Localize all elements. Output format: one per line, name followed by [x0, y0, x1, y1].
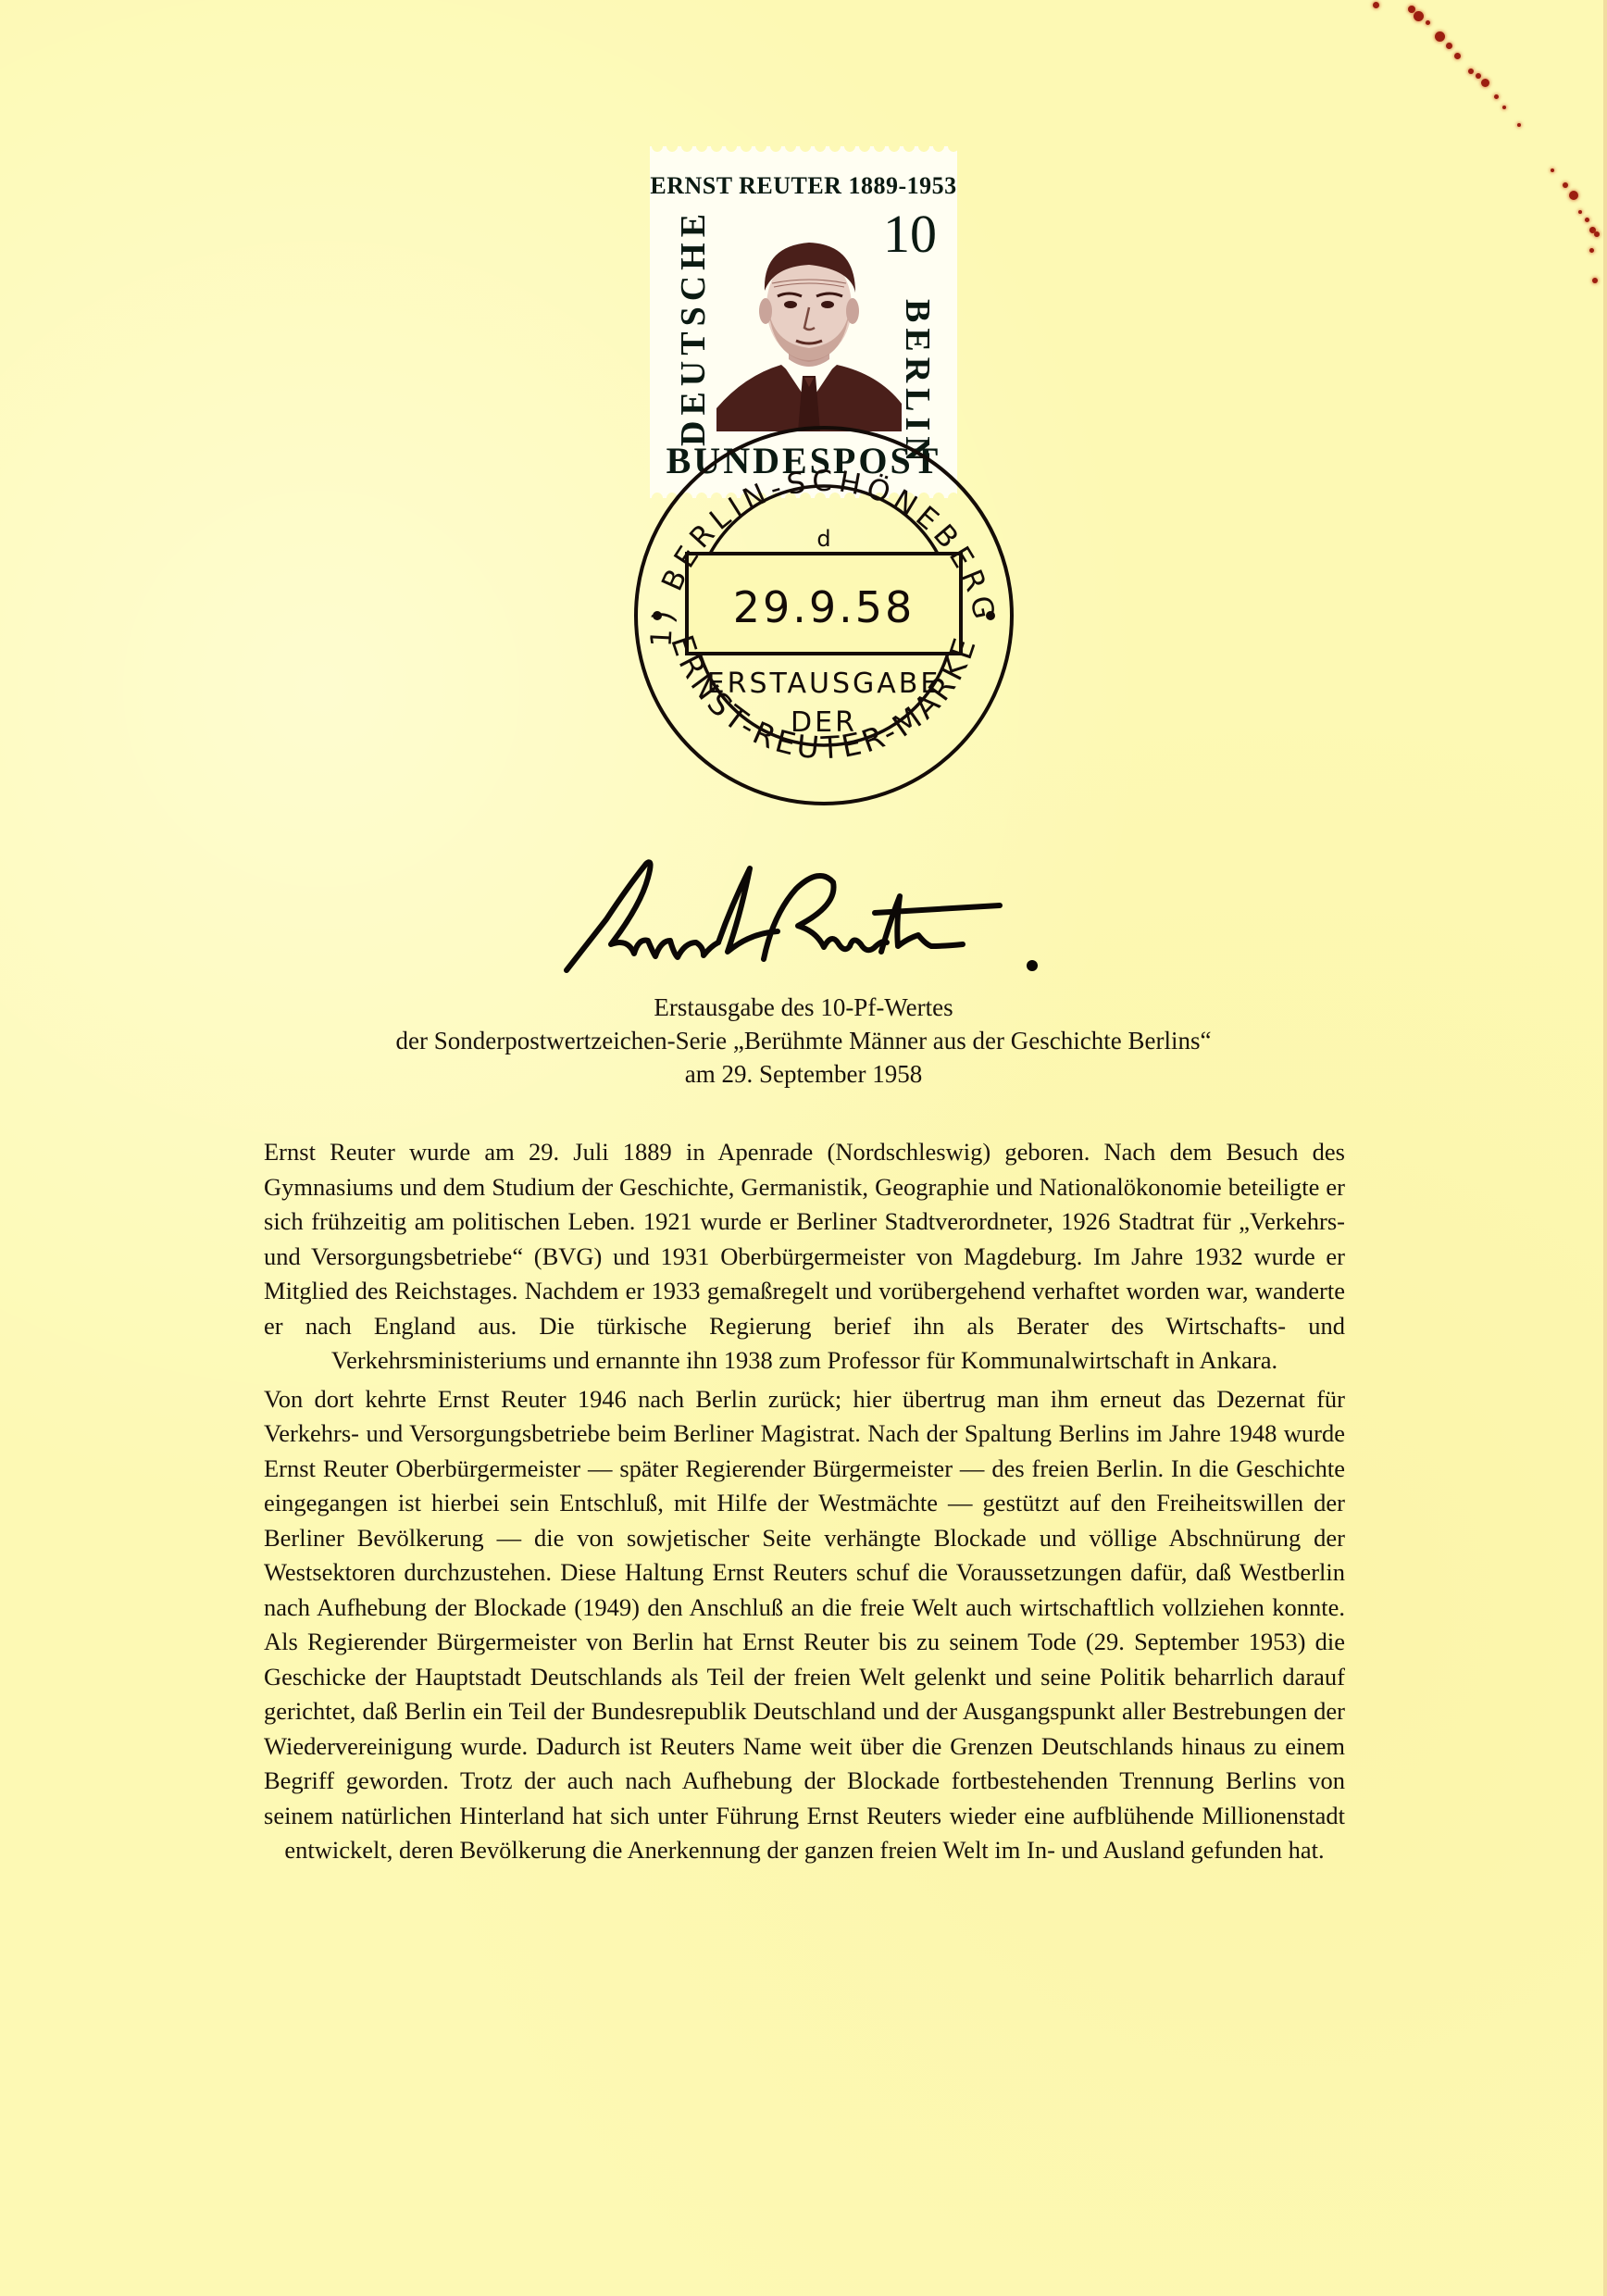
signature-ernst-reuter: Ernst Reuter — [555, 850, 1055, 980]
heading-line-2: der Sonderpostwertzeichen-Serie „Berühmt… — [0, 1024, 1607, 1057]
issue-heading: Erstausgabe des 10-Pf-Wertes der Sonderp… — [0, 991, 1607, 1091]
biography-paragraph-1: Ernst Reuter wurde am 29. Juli 1889 in A… — [264, 1135, 1345, 1379]
biography-paragraph-2: Von dort kehrte Ernst Reuter 1946 nach B… — [264, 1382, 1345, 1868]
heading-line-3: am 29. September 1958 — [0, 1057, 1607, 1091]
postmark-serial: d — [816, 526, 830, 552]
biography-text: Ernst Reuter wurde am 29. Juli 1889 in A… — [264, 1135, 1345, 1872]
portrait-image — [716, 218, 902, 431]
heading-line-1: Erstausgabe des 10-Pf-Wertes — [0, 991, 1607, 1024]
stamp-country-text: DEUTSCHE — [676, 235, 711, 446]
paper-edge — [1603, 0, 1607, 2296]
postmark-date: 29.9.58 — [733, 582, 916, 632]
stamp-header: ERNST REUTER 1889-1953 — [650, 172, 957, 200]
postmark-line1: ERSTAUSGABE — [707, 668, 941, 700]
first-day-postmark: (1) BERLIN-SCHÖNEBERG 1 d 29.9.58 ERSTAU… — [629, 426, 1018, 815]
